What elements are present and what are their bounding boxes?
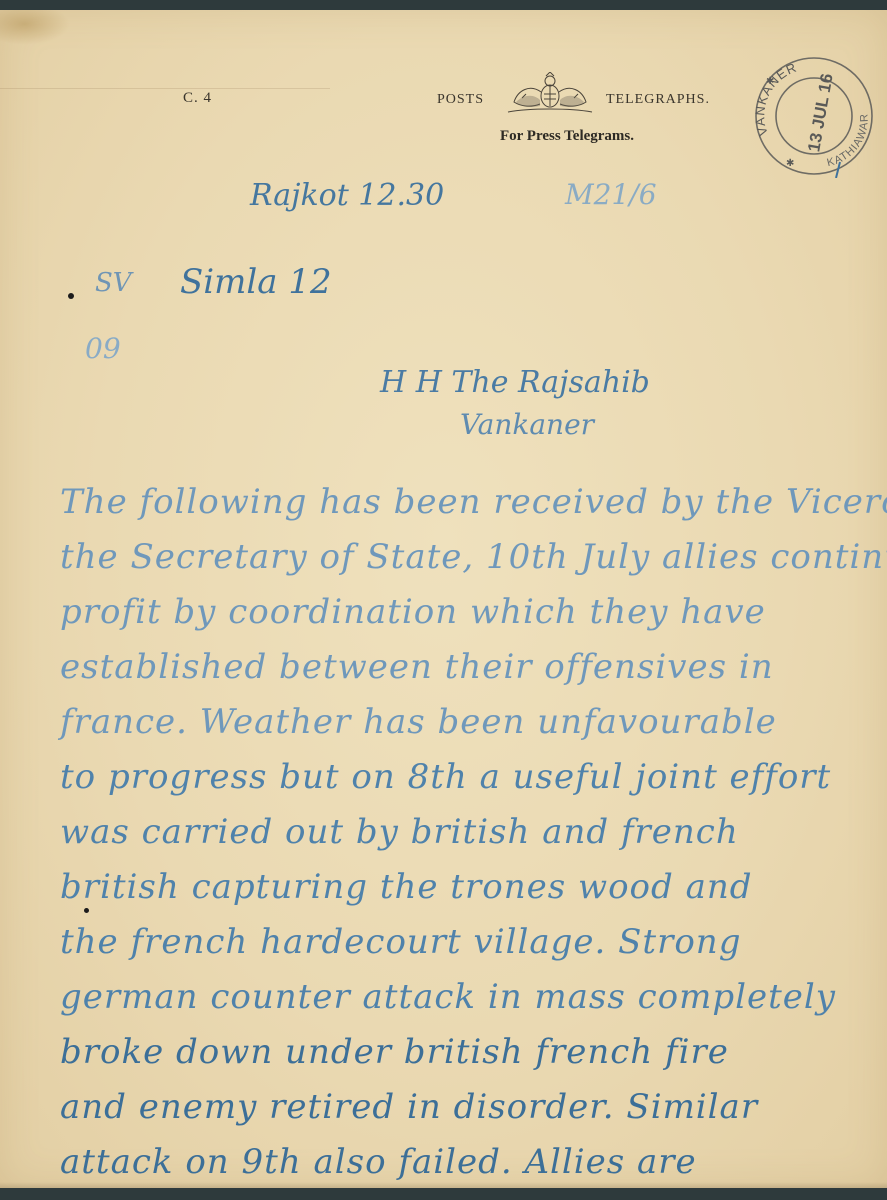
- message-line: The following has been received by the V…: [60, 475, 887, 530]
- handwritten-code: 09: [85, 332, 121, 365]
- form-code: C. 4: [183, 90, 212, 107]
- paper-stain: [0, 10, 70, 45]
- postmark-bottom-text: KATHIAWAR: [826, 113, 871, 169]
- handwritten-office-time: Rajkot 12.30: [250, 178, 444, 213]
- message-line: the french hardecourt village. Strong: [60, 915, 887, 970]
- ink-dot: [68, 293, 74, 299]
- message-line: profit by coordination which they have: [60, 585, 887, 640]
- message-line: established between their offensives in: [60, 640, 887, 695]
- handwritten-origin: Simla 12: [180, 262, 332, 302]
- form-subtitle: For Press Telegrams.: [500, 128, 634, 145]
- message-line: british capturing the trones wood and: [60, 860, 887, 915]
- handwritten-mark: M21/6: [565, 178, 657, 211]
- svg-text:KATHIAWAR: KATHIAWAR: [826, 113, 871, 169]
- header-posts: POSTS: [437, 92, 484, 108]
- message-line: france. Weather has been unfavourable: [60, 695, 887, 750]
- svg-text:✱: ✱: [786, 158, 794, 169]
- fold-line: [0, 88, 330, 89]
- postmark-date: 13 JUL 16: [804, 72, 836, 153]
- addressee-line-1: H H The Rajsahib: [380, 365, 650, 400]
- message-line: was carried out by british and french: [60, 805, 887, 860]
- message-line: to progress but on 8th a useful joint ef…: [60, 750, 887, 805]
- message-line: attack on 9th also failed. Allies are: [60, 1135, 887, 1188]
- message-line: and enemy retired in disorder. Similar: [60, 1080, 887, 1135]
- addressee-line-2: Vankaner: [460, 408, 594, 441]
- telegram-form-page: C. 4 POSTS TELEGRAPHS. For Press Telegra…: [0, 10, 887, 1188]
- handwritten-prefix: SV: [95, 268, 132, 298]
- message-line: the Secretary of State, 10th July allies…: [60, 530, 887, 585]
- message-line: german counter attack in mass completely: [60, 970, 887, 1025]
- coat-of-arms-icon: [500, 72, 600, 116]
- message-line: broke down under british french fire: [60, 1025, 887, 1080]
- page-edge: [0, 1182, 887, 1188]
- svg-text:✱: ✱: [766, 76, 774, 87]
- header-telegraphs: TELEGRAPHS.: [606, 92, 710, 108]
- postmark-top-text: VANKANER: [752, 60, 799, 138]
- postmark-stamp-icon: VANKANER KATHIAWAR ✱ ✱ 13 JUL 16: [752, 54, 876, 178]
- message-body: The following has been received by the V…: [60, 475, 887, 1188]
- svg-text:VANKANER: VANKANER: [752, 60, 799, 138]
